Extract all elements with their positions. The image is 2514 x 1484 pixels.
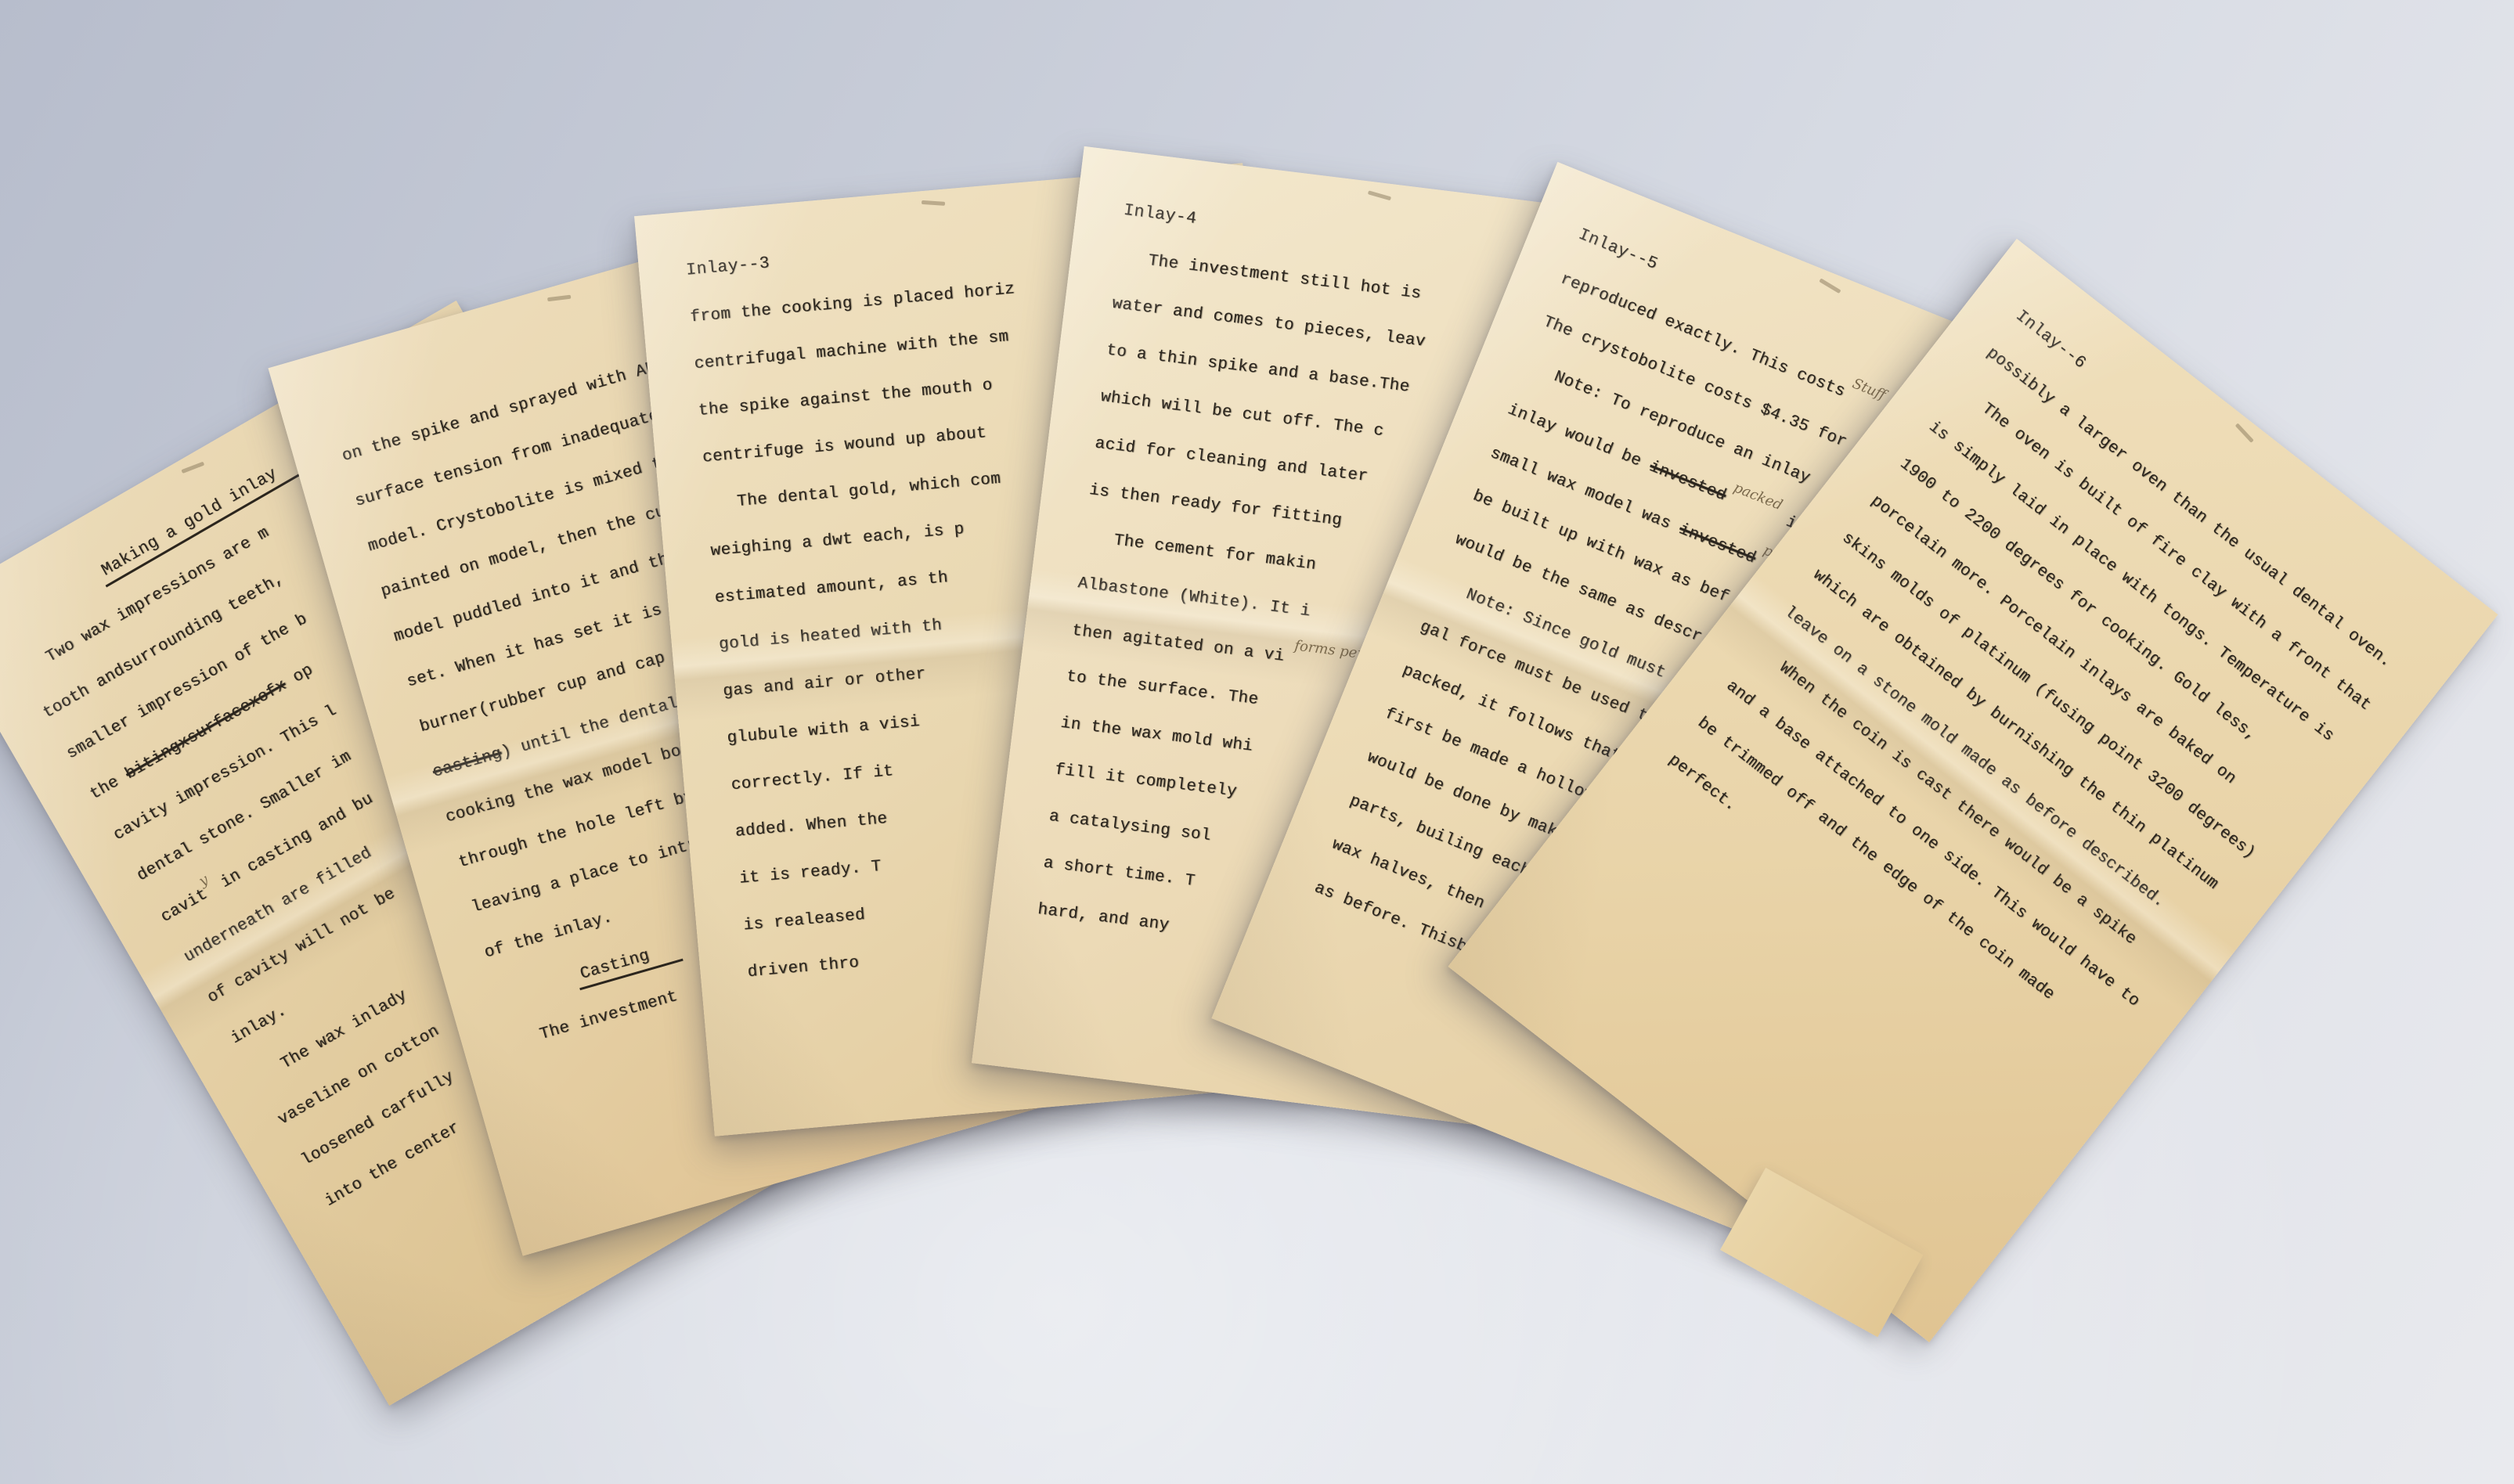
typed-text-segment: estimated amount, as th [714, 569, 949, 607]
typed-text-segment: hard, and any [1037, 901, 1170, 935]
typed-text-segment: glubule with a visi [727, 713, 921, 747]
typed-text-segment: to the surface. The [1066, 668, 1260, 709]
staple-mark [922, 200, 945, 206]
typed-text-segment [496, 967, 579, 1007]
typed-text-segment: driven thro [747, 954, 860, 982]
staple-mark [547, 295, 571, 302]
typed-text-segment: a catalysing sol [1048, 808, 1212, 845]
typed-text-segment: fill it completely [1054, 761, 1238, 801]
typed-text-segment: in the wax mold whi [1059, 715, 1253, 756]
typed-text-segment: weighing a dwt each, is p [710, 520, 965, 560]
typed-text-segment: is realeased [743, 906, 866, 935]
staple-mark [2234, 423, 2253, 442]
staple-mark [1819, 278, 1841, 294]
photo-backdrop: Making a gold inlay Two wax impressions … [0, 0, 2514, 1484]
typed-text-segment: cavit [158, 886, 211, 927]
typed-text-segment: it is ready. T [738, 858, 882, 888]
typed-text-segment: a short time. T [1042, 854, 1196, 891]
typed-text-segment: correctly. If it [730, 762, 894, 794]
staple-mark [1367, 190, 1390, 200]
struck-out-text: casting [431, 745, 504, 782]
manuscript-page-3-header-text: Inlay--3 [685, 254, 770, 279]
typed-text-segment: gold is heated with th [718, 617, 943, 654]
typed-text-segment: gas and air or other [722, 665, 926, 701]
typed-text-segment: added. When the [734, 810, 888, 841]
staple-mark [181, 462, 204, 474]
manuscript-page-4-header-text: Inlay-4 [1123, 201, 1198, 229]
